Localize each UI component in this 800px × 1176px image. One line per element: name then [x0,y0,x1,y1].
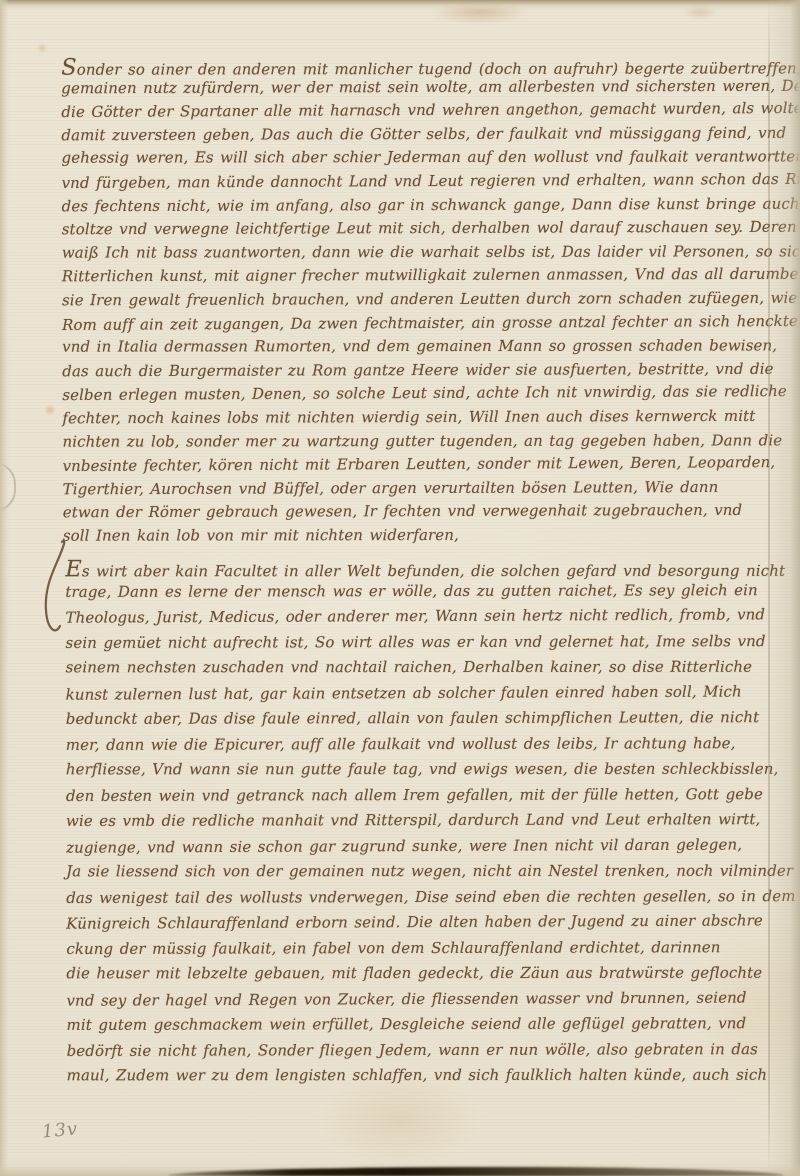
page-edge-right [766,0,800,1176]
manuscript-line: das wenigest tail des wollusts vnderwege… [66,887,778,914]
manuscript-line: vnbesinte fechter, kören nicht mit Erbar… [63,453,777,481]
manuscript-line: vnd sey der hagel vnd Regen von Zucker, … [66,988,778,1017]
manuscript-line: mit gutem geschmackem wein erfüllet, Des… [67,1014,779,1041]
manuscript-line: fechter, noch kaines lobs mit nichten wi… [62,407,776,433]
manuscript-line: gehessig weren, Es will sich aber schier… [61,148,775,173]
manuscript-line: waiß Ich nit bass zuantworten, dann wie … [62,242,776,267]
folio-number: 13v [41,1118,79,1142]
manuscript-line: des fechtens nicht, wie im anfang, also … [62,194,776,220]
manuscript-line: gemainen nutz zufürdern, wer der maist s… [61,76,775,102]
manuscript-line: Es wirt aber kain Facultet in aller Welt… [65,556,777,582]
manuscript-line: den besten wein vnd getranck nach allem … [66,785,778,812]
manuscript-line: soll Inen kain lob von mir mit nichten w… [63,525,777,550]
manuscript-line: vnd in Italia dermassen Rumorten, vnd de… [62,337,776,362]
paragraph-1-lines: Sonder so ainer den anderen mit manliche… [61,53,777,551]
manuscript-line: Ritterlichen kunst, mit aigner frecher m… [62,265,776,291]
manuscript-line: kunst zulernen lust hat, gar kain entset… [66,682,778,711]
manuscript-line: die Götter der Spartaner alle mit harnas… [61,99,775,127]
manuscript-line: vnd fürgeben, man künde dannocht Land vn… [62,170,776,198]
manuscript-scan: { "manuscript": { "folio_number": "13v",… [0,0,800,1176]
manuscript-page: Sonder so ainer den anderen mit manliche… [0,0,800,1176]
manuscript-line: herfliesse, Vnd wann sie nun gutte faule… [66,760,778,786]
manuscript-line: Theologus, Jurist, Medicus, oder anderer… [65,605,777,634]
manuscript-line: trage, Dann es lerne der mensch was er w… [65,581,777,608]
manuscript-line: ckung der müssig faulkait, ein fabel von… [66,938,778,965]
manuscript-line: seinem nechsten zuschaden vnd nachtail r… [66,658,778,684]
manuscript-line: sie Iren gewalt freuenlich brauchen, vnd… [62,289,776,315]
manuscript-line: Sonder so ainer den anderen mit manliche… [61,53,775,78]
manuscript-line: stoltze vnd verwegne leichtfertige Leut … [62,218,776,244]
manuscript-line: mer, dann wie die Epicurer, auff alle fa… [66,734,778,761]
manuscript-line: Tigerthier, Aurochsen vnd Büffel, oder a… [63,477,777,503]
manuscript-line: etwan der Römer gebrauch gewesen, Ir fec… [63,501,777,527]
manuscript-line: bedörft sie nicht fahen, Sonder fliegen … [67,1040,779,1067]
manuscript-line: die heuser mit lebzelte gebauen, mit fla… [66,964,778,990]
manuscript-line: Künigreich Schlauraffenland erborn seind… [66,911,778,940]
initial-flourish-icon [36,538,66,650]
manuscript-line: zugienge, vnd wann sie schon gar zugrund… [66,835,778,864]
page-edge-left [0,0,9,1176]
paragraph-1: Sonder so ainer den anderen mit manliche… [61,53,777,551]
manuscript-line: maul, Zudem wer zu dem lengisten schlaff… [67,1066,779,1092]
manuscript-line: nichten zu lob, sonder mer zu wartzung g… [62,431,776,456]
manuscript-line: damit zuversteen geben, Das auch die Göt… [61,124,775,150]
paragraph-2: Es wirt aber kain Facultet in aller Welt… [65,555,778,1092]
paragraph-2-lines: Es wirt aber kain Facultet in aller Welt… [65,555,778,1092]
manuscript-line: selben erlegen musten, Denen, so solche … [62,382,776,410]
manuscript-line: sein gemüet nicht aufrecht ist, So wirt … [66,632,778,659]
manuscript-line: bedunckt aber, Das dise faule einred, al… [66,708,778,735]
page-edge-top [0,0,800,10]
manuscript-line: Ja sie liessend sich von der gemainen nu… [66,862,778,888]
manuscript-line: wie es vmb die redliche manhait vnd Ritt… [66,810,778,837]
manuscript-line: Rom auff ain zeit zugangen, Da zwen fech… [62,312,776,340]
